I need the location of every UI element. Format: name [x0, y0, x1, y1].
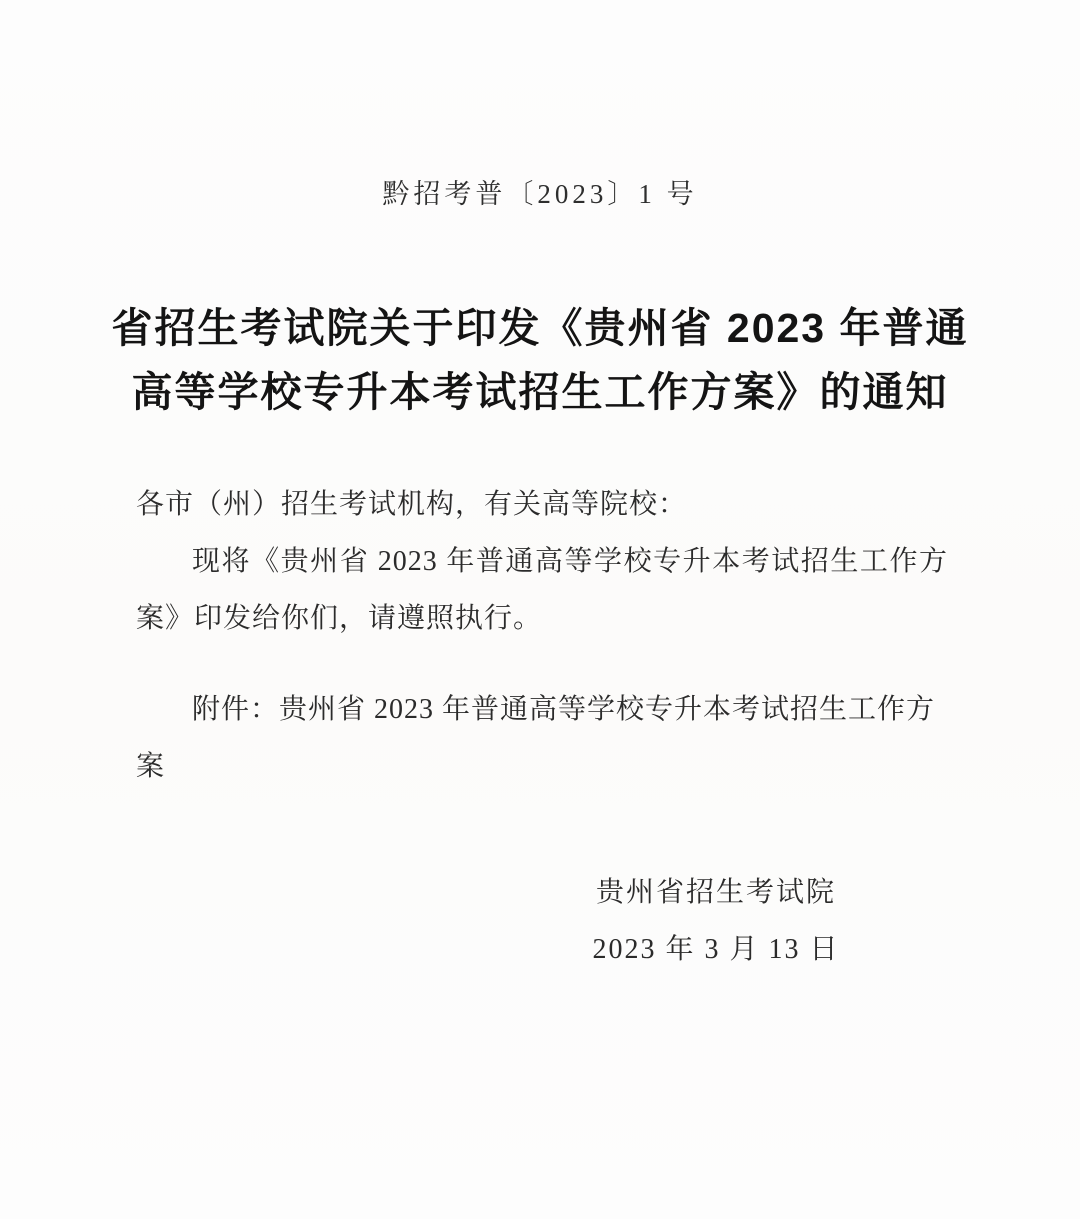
attachment-line: 附件：贵州省 2023 年普通高等学校专升本考试招生工作方案 — [136, 681, 948, 795]
signer-name: 贵州省招生考试院 — [560, 864, 872, 921]
document-title: 省招生考试院关于印发《贵州省 2023 年普通 高等学校专升本考试招生工作方案》… — [0, 296, 1080, 424]
body-paragraph: 现将《贵州省 2023 年普通高等学校专升本考试招生工作方案》印发给你们，请遵照… — [136, 533, 948, 647]
salutation-line: 各市（州）招生考试机构，有关高等院校： — [136, 476, 948, 533]
document-title-line-1: 省招生考试院关于印发《贵州省 2023 年普通 — [0, 296, 1080, 360]
document-page: 黔招考普〔2023〕1 号 省招生考试院关于印发《贵州省 2023 年普通 高等… — [0, 0, 1080, 1219]
document-title-line-2: 高等学校专升本考试招生工作方案》的通知 — [0, 360, 1080, 424]
signature-block: 贵州省招生考试院 2023 年 3 月 13 日 — [560, 864, 872, 978]
signature-date: 2023 年 3 月 13 日 — [560, 921, 872, 978]
document-number: 黔招考普〔2023〕1 号 — [0, 172, 1080, 211]
